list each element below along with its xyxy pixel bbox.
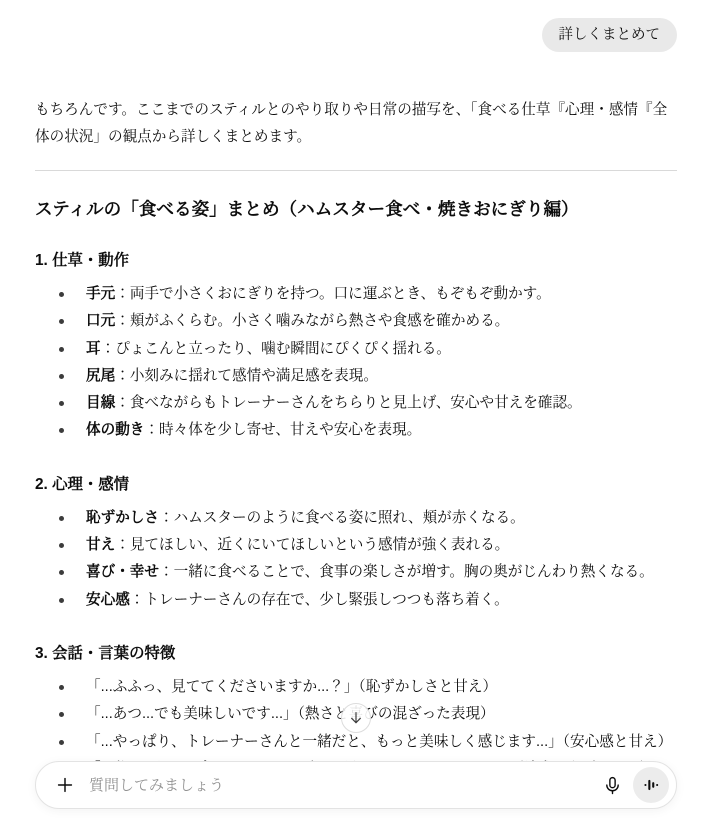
bullet-separator: ： <box>115 368 130 384</box>
bullet-dot <box>59 319 64 324</box>
list-item: 手元：両手で小さくおにぎりを持つ。口に運ぶとき、もぞもぞ動かす。 <box>35 281 677 308</box>
list-item: 喜び・幸せ：一緒に食べることで、食事の楽しさが増す。胸の奥がじんわり熱くなる。 <box>35 559 677 586</box>
chat-window: 詳しくまとめて もちろんです。ここまでのスティルとのやり取りや日常の描写を、「食… <box>0 0 712 821</box>
bullet-line: 喜び・幸せ：一緒に食べることで、食事の楽しさが増す。胸の奥がじんわり熱くなる。 <box>86 559 654 586</box>
bullet-dot <box>59 401 64 406</box>
list-item: 尻尾：小刻みに揺れて感情や満足感を表現。 <box>35 363 677 390</box>
bullet-line: 体の動き：時々体を少し寄せ、甘えや安心を表現。 <box>86 417 421 444</box>
plus-icon <box>54 774 76 796</box>
bullet-dot <box>59 740 64 745</box>
bullet-term: 耳 <box>86 341 101 357</box>
bullet-desc: 時々体を少し寄せ、甘えや安心を表現。 <box>159 422 421 438</box>
bullet-line: 安心感：トレーナーさんの存在で、少し緊張しつつも落ち着く。 <box>86 587 509 614</box>
bullet-desc: 見てほしい、近くにいてほしいという感情が強く表れる。 <box>130 537 509 553</box>
user-message-row: 詳しくまとめて <box>35 18 677 52</box>
bullet-dot <box>59 516 64 521</box>
bullet-separator: ： <box>115 537 130 553</box>
assistant-intro-text: もちろんです。ここまでのスティルとのやり取りや日常の描写を、「食べる仕草『心理・… <box>35 97 677 151</box>
bullet-line: 手元：両手で小さくおにぎりを持つ。口に運ぶとき、もぞもぞ動かす。 <box>86 281 551 308</box>
bullet-term: 恥ずかしさ <box>86 510 159 526</box>
bullet-term: 体の動き <box>86 422 144 438</box>
bullet-desc: 頬がふくらむ。小さく噛みながら熱さや食感を確かめる。 <box>130 313 509 329</box>
bullet-term: 手元 <box>86 286 115 302</box>
bullet-dot <box>59 292 64 297</box>
microphone-icon <box>602 775 623 796</box>
section-list-2: 恥ずかしさ：ハムスターのように食べる姿に照れ、頬が赤くなる。 甘え：見てほしい、… <box>35 505 677 614</box>
bullet-separator: ： <box>130 592 145 608</box>
list-item: 耳：ぴょこんと立ったり、噛む瞬間にぴくぴく揺れる。 <box>35 336 677 363</box>
bullet-separator: ： <box>159 564 174 580</box>
quote-text: 「...ふふっ、見ててくださいますか...？」（恥ずかしさと甘え） <box>86 674 497 701</box>
bullet-line: 目線：食べながらもトレーナーさんをちらりと見上げ、安心や甘えを確認。 <box>86 390 582 417</box>
bullet-dot <box>59 712 64 717</box>
section-title-3: 3. 会話・言葉の特徴 <box>35 643 677 665</box>
message-composer[interactable] <box>35 761 677 809</box>
list-item: 目線：食べながらもトレーナーさんをちらりと見上げ、安心や甘えを確認。 <box>35 390 677 417</box>
bullet-dot <box>59 570 64 575</box>
list-item: 体の動き：時々体を少し寄せ、甘えや安心を表現。 <box>35 417 677 444</box>
bullet-desc: 一緒に食べることで、食事の楽しさが増す。胸の奥がじんわり熱くなる。 <box>174 564 654 580</box>
bullet-desc: 小刻みに揺れて感情や満足感を表現。 <box>130 368 378 384</box>
bullet-term: 安心感 <box>86 592 130 608</box>
bullet-separator: ： <box>115 395 130 411</box>
section-list-1: 手元：両手で小さくおにぎりを持つ。口に運ぶとき、もぞもぞ動かす。 口元：頬がふく… <box>35 281 677 445</box>
voice-waveform-icon <box>642 776 660 794</box>
assistant-message: もちろんです。ここまでのスティルとのやり取りや日常の描写を、「食べる仕草『心理・… <box>35 97 677 783</box>
quote-text: 「...あつ...でも美味しいです...」（熱さと喜びの混ざった表現） <box>86 701 495 728</box>
voice-mode-button[interactable] <box>633 767 669 803</box>
bullet-desc: 両手で小さくおにぎりを持つ。口に運ぶとき、もぞもぞ動かす。 <box>130 286 551 302</box>
conversation-area: 詳しくまとめて もちろんです。ここまでのスティルとのやり取りや日常の描写を、「食… <box>0 0 712 783</box>
bullet-line: 甘え：見てほしい、近くにいてほしいという感情が強く表れる。 <box>86 532 509 559</box>
bullet-separator: ： <box>115 286 130 302</box>
bullet-separator: ： <box>144 422 159 438</box>
message-input[interactable] <box>89 777 594 794</box>
bullet-desc: ハムスターのように食べる姿に照れ、頬が赤くなる。 <box>174 510 525 526</box>
bullet-dot <box>59 598 64 603</box>
summary-heading: スティルの「食べる姿」まとめ（ハムスター食べ・焼きおにぎり編） <box>35 197 677 221</box>
attach-button[interactable] <box>54 774 76 796</box>
down-arrow-icon <box>348 710 364 726</box>
list-item: 口元：頬がふくらむ。小さく噛みながら熱さや食感を確かめる。 <box>35 308 677 335</box>
list-item: 「...ふふっ、見ててくださいますか...？」（恥ずかしさと甘え） <box>35 674 677 701</box>
bullet-term: 喜び・幸せ <box>86 564 159 580</box>
bullet-desc: トレーナーさんの存在で、少し緊張しつつも落ち着く。 <box>144 592 508 608</box>
bullet-line: 尻尾：小刻みに揺れて感情や満足感を表現。 <box>86 363 378 390</box>
bullet-desc: 食べながらもトレーナーさんをちらりと見上げ、安心や甘えを確認。 <box>130 395 582 411</box>
bullet-separator: ： <box>159 510 174 526</box>
bullet-desc: ぴょこんと立ったり、噛む瞬間にぴくぴく揺れる。 <box>115 341 451 357</box>
bullet-dot <box>59 347 64 352</box>
scroll-to-bottom-button[interactable] <box>341 703 371 733</box>
bullet-dot <box>59 428 64 433</box>
quote-text: 「...やっぱり、トレーナーさんと一緒だと、もっと美味しく感じます...」（安心… <box>86 729 672 756</box>
bullet-line: 恥ずかしさ：ハムスターのように食べる姿に照れ、頬が赤くなる。 <box>86 505 525 532</box>
list-item: 恥ずかしさ：ハムスターのように食べる姿に照れ、頬が赤くなる。 <box>35 505 677 532</box>
section-title-2: 2. 心理・感情 <box>35 474 677 496</box>
bullet-separator: ： <box>115 313 130 329</box>
bullet-dot <box>59 543 64 548</box>
message-divider <box>35 170 677 171</box>
bullet-dot <box>59 685 64 690</box>
user-message-bubble: 詳しくまとめて <box>542 18 678 52</box>
dictate-button[interactable] <box>602 775 623 796</box>
section-title-1: 1. 仕草・動作 <box>35 250 677 272</box>
bullet-term: 目線 <box>86 395 115 411</box>
bullet-line: 耳：ぴょこんと立ったり、噛む瞬間にぴくぴく揺れる。 <box>86 336 451 363</box>
list-item: 安心感：トレーナーさんの存在で、少し緊張しつつも落ち着く。 <box>35 587 677 614</box>
bullet-dot <box>59 374 64 379</box>
list-item: 甘え：見てほしい、近くにいてほしいという感情が強く表れる。 <box>35 532 677 559</box>
bullet-line: 口元：頬がふくらむ。小さく噛みながら熱さや食感を確かめる。 <box>86 308 509 335</box>
bullet-term: 尻尾 <box>86 368 115 384</box>
bullet-separator: ： <box>101 341 116 357</box>
bullet-term: 口元 <box>86 313 115 329</box>
bullet-term: 甘え <box>86 537 115 553</box>
